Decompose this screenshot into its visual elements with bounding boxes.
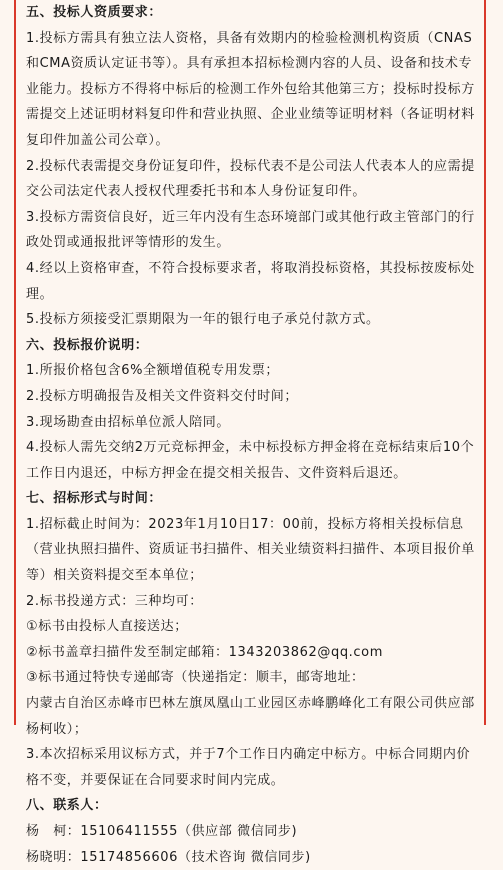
qualification-item-3: 3.投标方需资信良好，近三年内没有生态环境部门或其他行政主管部门的行政处罚或通报… [26,205,478,256]
pricing-item-1: 1.所报价格包含6%全额增值税专用发票； [26,358,478,384]
qualification-item-4: 4.经以上资格审查，不符合投标要求者，将取消投标资格，其投标按废标处理。 [26,256,478,307]
format-item-1: 1.招标截止时间为：2023年1月10日17：00前，投标方将相关投标信息（营业… [26,512,478,589]
qualification-item-2: 2.投标代表需提交身份证复印件，投标代表不是公司法人代表本人的应需提交公司法定代… [26,154,478,205]
format-item-2a: ①标书由投标人直接送达； [26,614,478,640]
section-heading-pricing: 六、投标报价说明： [26,333,478,359]
format-item-2c: ③标书通过特快专递邮寄（快递指定：顺丰，邮寄地址： [26,665,478,691]
pricing-item-4: 4.投标人需先交纳2万元竞标押金，未中标投标方押金将在竞标结束后10个工作日内退… [26,435,478,486]
pricing-item-3: 3.现场勘查由招标单位派人陪同。 [26,410,478,436]
qualification-item-5: 5.投标方须接受汇票期限为一年的银行电子承兑付款方式。 [26,307,478,333]
format-item-2: 2.标书投递方式：三种均可： [26,589,478,615]
mailing-address: 内蒙古自治区赤峰市巴林左旗凤凰山工业园区赤峰鹏峰化工有限公司供应部杨柯收）； [26,691,478,725]
document-body: 五、投标人资质要求： 1.投标方需具有独立法人资格，具备有效期内的检验检测机构资… [26,0,478,725]
format-item-2b-email[interactable]: ②标书盖章扫描件发至制定邮箱：1343203862@qq.com [26,640,478,666]
section-heading-format-time: 七、招标形式与时间： [26,486,478,512]
qualification-item-1: 1.投标方需具有独立法人资格，具备有效期内的检验检测机构资质（CNAS和CMA资… [26,26,478,154]
section-heading-qualifications: 五、投标人资质要求： [26,0,478,26]
pricing-item-2: 2.投标方明确报告及相关文件资料交付时间； [26,384,478,410]
